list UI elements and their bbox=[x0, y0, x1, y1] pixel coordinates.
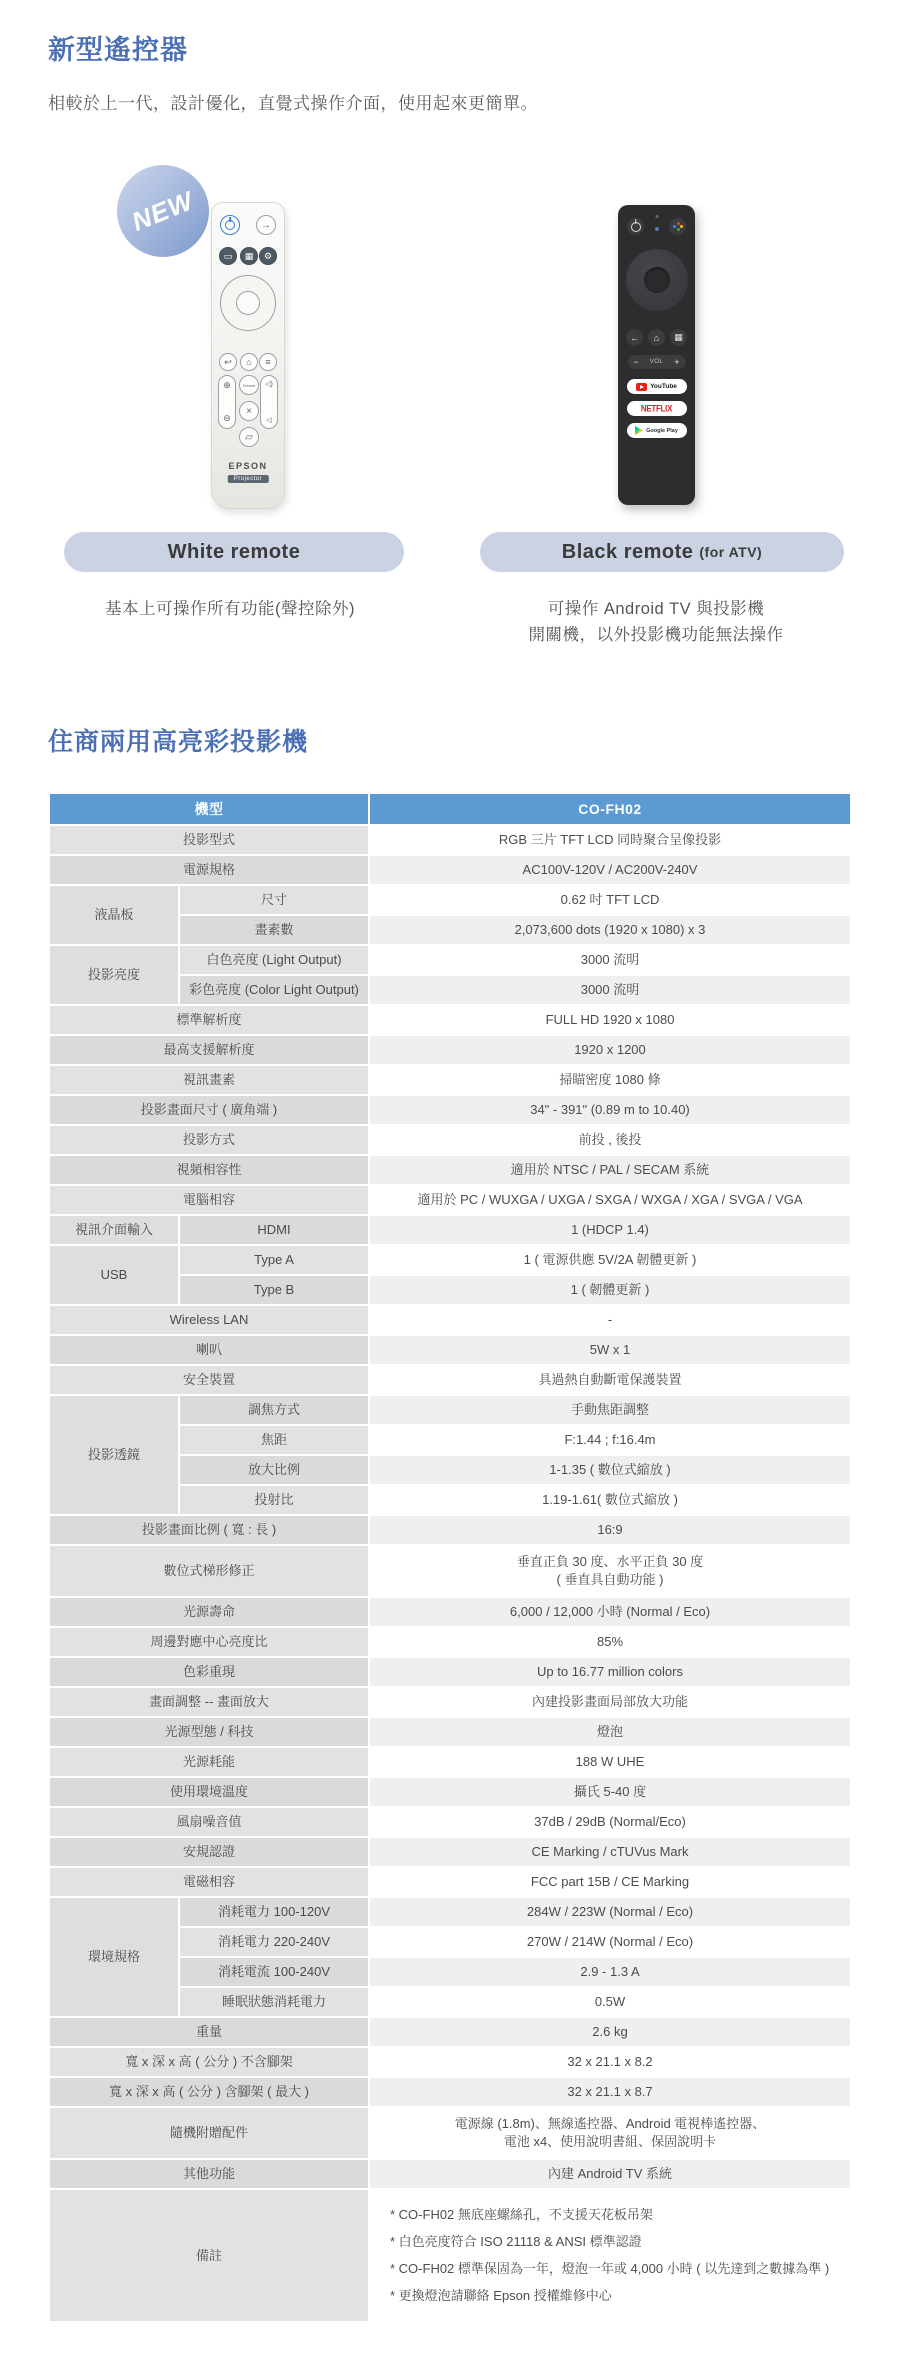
spec-value-cell: 1 ( 電源供應 5V/2A 韌體更新 ) bbox=[370, 1246, 850, 1274]
spec-row: 隨機附贈配件電源線 (1.8m)、無線遙控器、Android 電視棒遙控器、電池… bbox=[50, 2108, 850, 2158]
dpad-ok-button bbox=[236, 291, 260, 315]
white-remote-description: 基本上可操作所有功能(聲控除外) bbox=[48, 596, 412, 648]
black-remote-label-note: (for ATV) bbox=[699, 544, 762, 560]
spec-label-cell: 尺寸 bbox=[180, 886, 368, 914]
spec-group-cell: 投影透鏡 bbox=[50, 1396, 178, 1514]
spec-row: 備註* CO-FH02 無底座螺絲孔，不支援天花板吊架* 白色亮度符合 ISO … bbox=[50, 2190, 850, 2321]
black-remote-description: 可操作 Android TV 與投影機 開關機，以外投影機功能無法操作 bbox=[460, 596, 852, 648]
spec-value-cell: F:1.44 ; f:16.4m bbox=[370, 1426, 850, 1454]
spec-label-cell: 放大比例 bbox=[180, 1456, 368, 1484]
spec-label-cell: 白色亮度 (Light Output) bbox=[180, 946, 368, 974]
spec-label-cell: 喇叭 bbox=[50, 1336, 368, 1364]
spec-label-cell: 畫面調整 -- 畫面放大 bbox=[50, 1688, 368, 1716]
power-icon bbox=[627, 218, 644, 235]
remote-labels-row: White remote Black remote (for ATV) bbox=[48, 532, 852, 572]
spec-row: 投影畫面尺寸 ( 廣角端 )34" - 391" (0.89 m to 10.4… bbox=[50, 1096, 850, 1124]
spec-table-body: 投影型式RGB 三片 TFT LCD 同時聚合呈像投影電源規格AC100V-12… bbox=[50, 826, 850, 2321]
white-remote-pill: White remote bbox=[64, 532, 404, 572]
spec-value-cell: 1 ( 韌體更新 ) bbox=[370, 1276, 850, 1304]
spec-row: 其他功能內建 Android TV 系統 bbox=[50, 2160, 850, 2188]
spec-row: 電磁相容FCC part 15B / CE Marking bbox=[50, 1868, 850, 1896]
spec-value-cell: 手動焦距調整 bbox=[370, 1396, 850, 1424]
spec-value-cell: 1-1.35 ( 數位式縮放 ) bbox=[370, 1456, 850, 1484]
spec-label-cell: 光源壽命 bbox=[50, 1598, 368, 1626]
spec-value-cell: 188 W UHE bbox=[370, 1748, 850, 1776]
mute-icon: × bbox=[239, 401, 259, 421]
spec-value-cell: 85% bbox=[370, 1628, 850, 1656]
spec-value-cell: 37dB / 29dB (Normal/Eco) bbox=[370, 1808, 850, 1836]
spec-label-cell: 周邊對應中心亮度比 bbox=[50, 1628, 368, 1656]
volume-rocker: ◁) ◁ bbox=[260, 375, 278, 429]
black-remote-label: Black remote bbox=[562, 541, 694, 564]
spec-group-cell: 視訊介面輸入 bbox=[50, 1216, 178, 1244]
spec-label-cell: 光源型態 / 科技 bbox=[50, 1718, 368, 1746]
spec-value-cell: 1 (HDCP 1.4) bbox=[370, 1216, 850, 1244]
googleplay-icon bbox=[635, 426, 643, 435]
spec-row: 寬 x 深 x 高 ( 公分 ) 不含腳架32 x 21.1 x 8.2 bbox=[50, 2048, 850, 2076]
remote-descriptions-row: 基本上可操作所有功能(聲控除外) 可操作 Android TV 與投影機 開關機… bbox=[48, 596, 852, 648]
input-icon: ▭ bbox=[219, 247, 237, 265]
spec-label-cell: 調焦方式 bbox=[180, 1396, 368, 1424]
spec-value-cell: 3000 流明 bbox=[370, 946, 850, 974]
spec-label-cell: 視訊畫素 bbox=[50, 1066, 368, 1094]
spec-value-cell: 2.6 kg bbox=[370, 2018, 850, 2046]
spec-label-cell: 隨機附贈配件 bbox=[50, 2108, 368, 2158]
volume-up-icon: ◁) bbox=[265, 380, 273, 388]
spec-row: 使用環境溫度攝氏 5-40 度 bbox=[50, 1778, 850, 1806]
spec-row: 投影畫面比例 ( 寬 : 長 )16:9 bbox=[50, 1516, 850, 1544]
spec-group-cell: 環境規格 bbox=[50, 1898, 178, 2016]
spec-label-cell: 睡眠狀態消耗電力 bbox=[180, 1988, 368, 2016]
spec-row: 畫面調整 -- 畫面放大內建投影畫面局部放大功能 bbox=[50, 1688, 850, 1716]
spec-value-cell: 3000 流明 bbox=[370, 976, 850, 1004]
spec-row: 最高支援解析度1920 x 1200 bbox=[50, 1036, 850, 1064]
spec-label-cell: 寬 x 深 x 高 ( 公分 ) 含腳架 ( 最大 ) bbox=[50, 2078, 368, 2106]
spec-value-cell: 2,073,600 dots (1920 x 1080) x 3 bbox=[370, 916, 850, 944]
spec-row: 色彩重現Up to 16.77 million colors bbox=[50, 1658, 850, 1686]
spec-label-cell: 標準解析度 bbox=[50, 1006, 368, 1034]
back-icon: ↩ bbox=[219, 353, 237, 371]
black-remote-image: ← ⌂ ▦ − VOL + YouTube NETFLIX Google Pla… bbox=[618, 205, 695, 505]
home-icon: ⌂ bbox=[648, 329, 665, 346]
spec-value-cell: * CO-FH02 無底座螺絲孔，不支援天花板吊架* 白色亮度符合 ISO 21… bbox=[370, 2190, 850, 2321]
spec-value-cell: 掃瞄密度 1080 條 bbox=[370, 1066, 850, 1094]
power-icon bbox=[220, 215, 240, 235]
spec-value-cell: CE Marking / cTUVus Mark bbox=[370, 1838, 850, 1866]
googleplay-button: Google Play bbox=[627, 423, 687, 438]
dpad-ok-button bbox=[644, 267, 670, 293]
spec-group-cell: 投影亮度 bbox=[50, 946, 178, 1004]
remote-images-area: NEW → ▭ ▦ ⚙ ↩ ⌂ ≡ ⊕ ⊖ Freeze ◁) ◁ × ▱ EP… bbox=[48, 132, 852, 512]
googleplay-label: Google Play bbox=[646, 428, 678, 434]
spec-value-cell: 6,000 / 12,000 小時 (Normal / Eco) bbox=[370, 1598, 850, 1626]
spec-label-cell: 備註 bbox=[50, 2190, 368, 2321]
spec-value-cell: 垂直正負 30 度、水平正負 30 度( 垂直具自動功能 ) bbox=[370, 1546, 850, 1596]
youtube-icon bbox=[636, 383, 647, 391]
spec-header-row: 機型 CO-FH02 bbox=[50, 794, 850, 824]
spec-table: 機型 CO-FH02 投影型式RGB 三片 TFT LCD 同時聚合呈像投影電源… bbox=[48, 792, 852, 2323]
google-assistant-icon bbox=[669, 218, 686, 235]
spec-row: USBType A1 ( 電源供應 5V/2A 韌體更新 ) bbox=[50, 1246, 850, 1274]
spec-label-cell: Type A bbox=[180, 1246, 368, 1274]
spec-value-cell: FULL HD 1920 x 1080 bbox=[370, 1006, 850, 1034]
spec-label-cell: 最高支援解析度 bbox=[50, 1036, 368, 1064]
freeze-button: Freeze bbox=[239, 375, 259, 395]
spec-label-cell: 重量 bbox=[50, 2018, 368, 2046]
spec-label-cell: HDMI bbox=[180, 1216, 368, 1244]
spec-label-cell: 投影畫面比例 ( 寬 : 長 ) bbox=[50, 1516, 368, 1544]
spec-value-cell: Up to 16.77 million colors bbox=[370, 1658, 850, 1686]
spec-value-cell: 適用於 PC / WUXGA / UXGA / SXGA / WXGA / XG… bbox=[370, 1186, 850, 1214]
spec-label-cell: 視頻相容性 bbox=[50, 1156, 368, 1184]
dpad bbox=[220, 275, 276, 331]
spec-label-cell: 光源耗能 bbox=[50, 1748, 368, 1776]
spec-label-cell: 投射比 bbox=[180, 1486, 368, 1514]
new-badge: NEW bbox=[117, 165, 209, 257]
spec-header-model-label: 機型 bbox=[50, 794, 368, 824]
spec-header-model-value: CO-FH02 bbox=[370, 794, 850, 824]
spec-group-cell: USB bbox=[50, 1246, 178, 1304]
volume-down-icon: ◁ bbox=[266, 416, 271, 424]
white-remote-label: White remote bbox=[168, 541, 301, 564]
spec-value-cell: 適用於 NTSC / PAL / SECAM 系統 bbox=[370, 1156, 850, 1184]
volume-bar: − VOL + bbox=[628, 355, 686, 369]
spec-row: 投影方式前投 , 後投 bbox=[50, 1126, 850, 1154]
spec-row: 液晶板尺寸0.62 吋 TFT LCD bbox=[50, 886, 850, 914]
spec-value-cell: 電源線 (1.8m)、無線遙控器、Android 電視棒遙控器、電池 x4、使用… bbox=[370, 2108, 850, 2158]
volume-minus-icon: − bbox=[634, 357, 639, 367]
spec-label-cell: 焦距 bbox=[180, 1426, 368, 1454]
spec-label-cell: 寬 x 深 x 高 ( 公分 ) 不含腳架 bbox=[50, 2048, 368, 2076]
spec-label-cell: Wireless LAN bbox=[50, 1306, 368, 1334]
apps-icon: ▦ bbox=[670, 329, 687, 346]
spec-value-cell: FCC part 15B / CE Marking bbox=[370, 1868, 850, 1896]
spec-label-cell: 安規認證 bbox=[50, 1838, 368, 1866]
zoom-rocker: ⊕ ⊖ bbox=[218, 375, 236, 429]
netflix-button: NETFLIX bbox=[627, 401, 687, 416]
spec-row: 投影亮度白色亮度 (Light Output)3000 流明 bbox=[50, 946, 850, 974]
spec-value-cell: 燈泡 bbox=[370, 1718, 850, 1746]
spec-label-cell: 數位式梯形修正 bbox=[50, 1546, 368, 1596]
display-icon: ▦ bbox=[240, 247, 258, 265]
spec-value-cell: 1.19-1.61( 數位式縮放 ) bbox=[370, 1486, 850, 1514]
spec-row: Wireless LAN- bbox=[50, 1306, 850, 1334]
back-icon: ← bbox=[626, 329, 643, 346]
spec-value-cell: 內建 Android TV 系統 bbox=[370, 2160, 850, 2188]
spec-label-cell: 電腦相容 bbox=[50, 1186, 368, 1214]
zoom-out-icon: ⊖ bbox=[223, 413, 231, 424]
white-remote-image: → ▭ ▦ ⚙ ↩ ⌂ ≡ ⊕ ⊖ Freeze ◁) ◁ × ▱ EPSON … bbox=[211, 202, 285, 509]
spec-row: 安規認證CE Marking / cTUVus Mark bbox=[50, 1838, 850, 1866]
menu-icon: ≡ bbox=[259, 353, 277, 371]
spec-value-cell: 16:9 bbox=[370, 1516, 850, 1544]
spec-row: 視訊介面輸入HDMI1 (HDCP 1.4) bbox=[50, 1216, 850, 1244]
spec-label-cell: 消耗電力 100-120V bbox=[180, 1898, 368, 1926]
spec-row: 喇叭5W x 1 bbox=[50, 1336, 850, 1364]
spec-value-cell: 1920 x 1200 bbox=[370, 1036, 850, 1064]
spec-label-cell: 消耗電力 220-240V bbox=[180, 1928, 368, 1956]
settings-icon: ⚙ bbox=[259, 247, 277, 265]
spec-value-cell: 具過熱自動斷電保護裝置 bbox=[370, 1366, 850, 1394]
spec-value-cell: 34" - 391" (0.89 m to 10.40) bbox=[370, 1096, 850, 1124]
new-badge-label: NEW bbox=[128, 185, 199, 238]
spec-row: 安全裝置具過熱自動斷電保護裝置 bbox=[50, 1366, 850, 1394]
spec-label-cell: 消耗電流 100-240V bbox=[180, 1958, 368, 1986]
spec-value-cell: RGB 三片 TFT LCD 同時聚合呈像投影 bbox=[370, 826, 850, 854]
spec-label-cell: 電磁相容 bbox=[50, 1868, 368, 1896]
spec-row: 光源壽命6,000 / 12,000 小時 (Normal / Eco) bbox=[50, 1598, 850, 1626]
epson-logo: EPSON bbox=[212, 461, 284, 471]
mic-hole bbox=[655, 215, 658, 218]
spec-row: 環境規格消耗電力 100-120V284W / 223W (Normal / E… bbox=[50, 1898, 850, 1926]
spec-label-cell: 彩色亮度 (Color Light Output) bbox=[180, 976, 368, 1004]
spec-section-title: 住商兩用高亮彩投影機 bbox=[48, 722, 852, 758]
spec-row: 電腦相容適用於 PC / WUXGA / UXGA / SXGA / WXGA … bbox=[50, 1186, 850, 1214]
spec-row: 寬 x 深 x 高 ( 公分 ) 含腳架 ( 最大 )32 x 21.1 x 8… bbox=[50, 2078, 850, 2106]
product-page: 新型遙控器 相較於上一代，設計優化，直覺式操作介面，使用起來更簡單。 NEW →… bbox=[0, 28, 900, 2323]
av-mute-icon: ▱ bbox=[239, 427, 259, 447]
spec-group-cell: 液晶板 bbox=[50, 886, 178, 944]
spec-row: 標準解析度FULL HD 1920 x 1080 bbox=[50, 1006, 850, 1034]
spec-label-cell: 投影方式 bbox=[50, 1126, 368, 1154]
spec-row: 重量2.6 kg bbox=[50, 2018, 850, 2046]
dpad bbox=[626, 249, 688, 311]
spec-row: 周邊對應中心亮度比85% bbox=[50, 1628, 850, 1656]
volume-label: VOL bbox=[650, 359, 664, 365]
spec-row: 電源規格AC100V-120V / AC200V-240V bbox=[50, 856, 850, 884]
black-remote-pill: Black remote (for ATV) bbox=[480, 532, 844, 572]
volume-plus-icon: + bbox=[674, 357, 679, 367]
spec-value-cell: - bbox=[370, 1306, 850, 1334]
remote-section-subtitle: 相較於上一代，設計優化，直覺式操作介面，使用起來更簡單。 bbox=[48, 89, 852, 114]
spec-row: 視訊畫素掃瞄密度 1080 條 bbox=[50, 1066, 850, 1094]
indicator-led bbox=[655, 227, 659, 231]
spec-label-cell: 風扇噪音值 bbox=[50, 1808, 368, 1836]
source-icon: → bbox=[256, 215, 276, 235]
spec-label-cell: 色彩重現 bbox=[50, 1658, 368, 1686]
zoom-in-icon: ⊕ bbox=[223, 380, 231, 391]
spec-value-cell: 0.62 吋 TFT LCD bbox=[370, 886, 850, 914]
youtube-button: YouTube bbox=[627, 379, 687, 394]
projector-tag: Projector bbox=[228, 475, 269, 483]
netflix-label: NETFLIX bbox=[641, 403, 672, 413]
spec-row: 視頻相容性適用於 NTSC / PAL / SECAM 系統 bbox=[50, 1156, 850, 1184]
spec-value-cell: 270W / 214W (Normal / Eco) bbox=[370, 1928, 850, 1956]
spec-label-cell: 投影畫面尺寸 ( 廣角端 ) bbox=[50, 1096, 368, 1124]
spec-value-cell: 284W / 223W (Normal / Eco) bbox=[370, 1898, 850, 1926]
spec-label-cell: 投影型式 bbox=[50, 826, 368, 854]
spec-value-cell: 0.5W bbox=[370, 1988, 850, 2016]
spec-value-cell: 32 x 21.1 x 8.2 bbox=[370, 2048, 850, 2076]
remote-section-title: 新型遙控器 bbox=[48, 28, 852, 67]
spec-row: 光源耗能188 W UHE bbox=[50, 1748, 850, 1776]
spec-value-cell: 32 x 21.1 x 8.7 bbox=[370, 2078, 850, 2106]
spec-row: 風扇噪音值37dB / 29dB (Normal/Eco) bbox=[50, 1808, 850, 1836]
spec-label-cell: Type B bbox=[180, 1276, 368, 1304]
spec-value-cell: AC100V-120V / AC200V-240V bbox=[370, 856, 850, 884]
spec-label-cell: 其他功能 bbox=[50, 2160, 368, 2188]
spec-value-cell: 2.9 - 1.3 A bbox=[370, 1958, 850, 1986]
spec-value-cell: 前投 , 後投 bbox=[370, 1126, 850, 1154]
spec-label-cell: 安全裝置 bbox=[50, 1366, 368, 1394]
spec-value-cell: 5W x 1 bbox=[370, 1336, 850, 1364]
spec-label-cell: 畫素數 bbox=[180, 916, 368, 944]
home-icon: ⌂ bbox=[240, 353, 258, 371]
spec-row: 投影型式RGB 三片 TFT LCD 同時聚合呈像投影 bbox=[50, 826, 850, 854]
spec-label-cell: 使用環境溫度 bbox=[50, 1778, 368, 1806]
spec-label-cell: 電源規格 bbox=[50, 856, 368, 884]
youtube-label: YouTube bbox=[650, 383, 677, 390]
spec-row: 光源型態 / 科技燈泡 bbox=[50, 1718, 850, 1746]
spec-row: 數位式梯形修正垂直正負 30 度、水平正負 30 度( 垂直具自動功能 ) bbox=[50, 1546, 850, 1596]
spec-row: 投影透鏡調焦方式手動焦距調整 bbox=[50, 1396, 850, 1424]
spec-value-cell: 攝氏 5-40 度 bbox=[370, 1778, 850, 1806]
spec-value-cell: 內建投影畫面局部放大功能 bbox=[370, 1688, 850, 1716]
